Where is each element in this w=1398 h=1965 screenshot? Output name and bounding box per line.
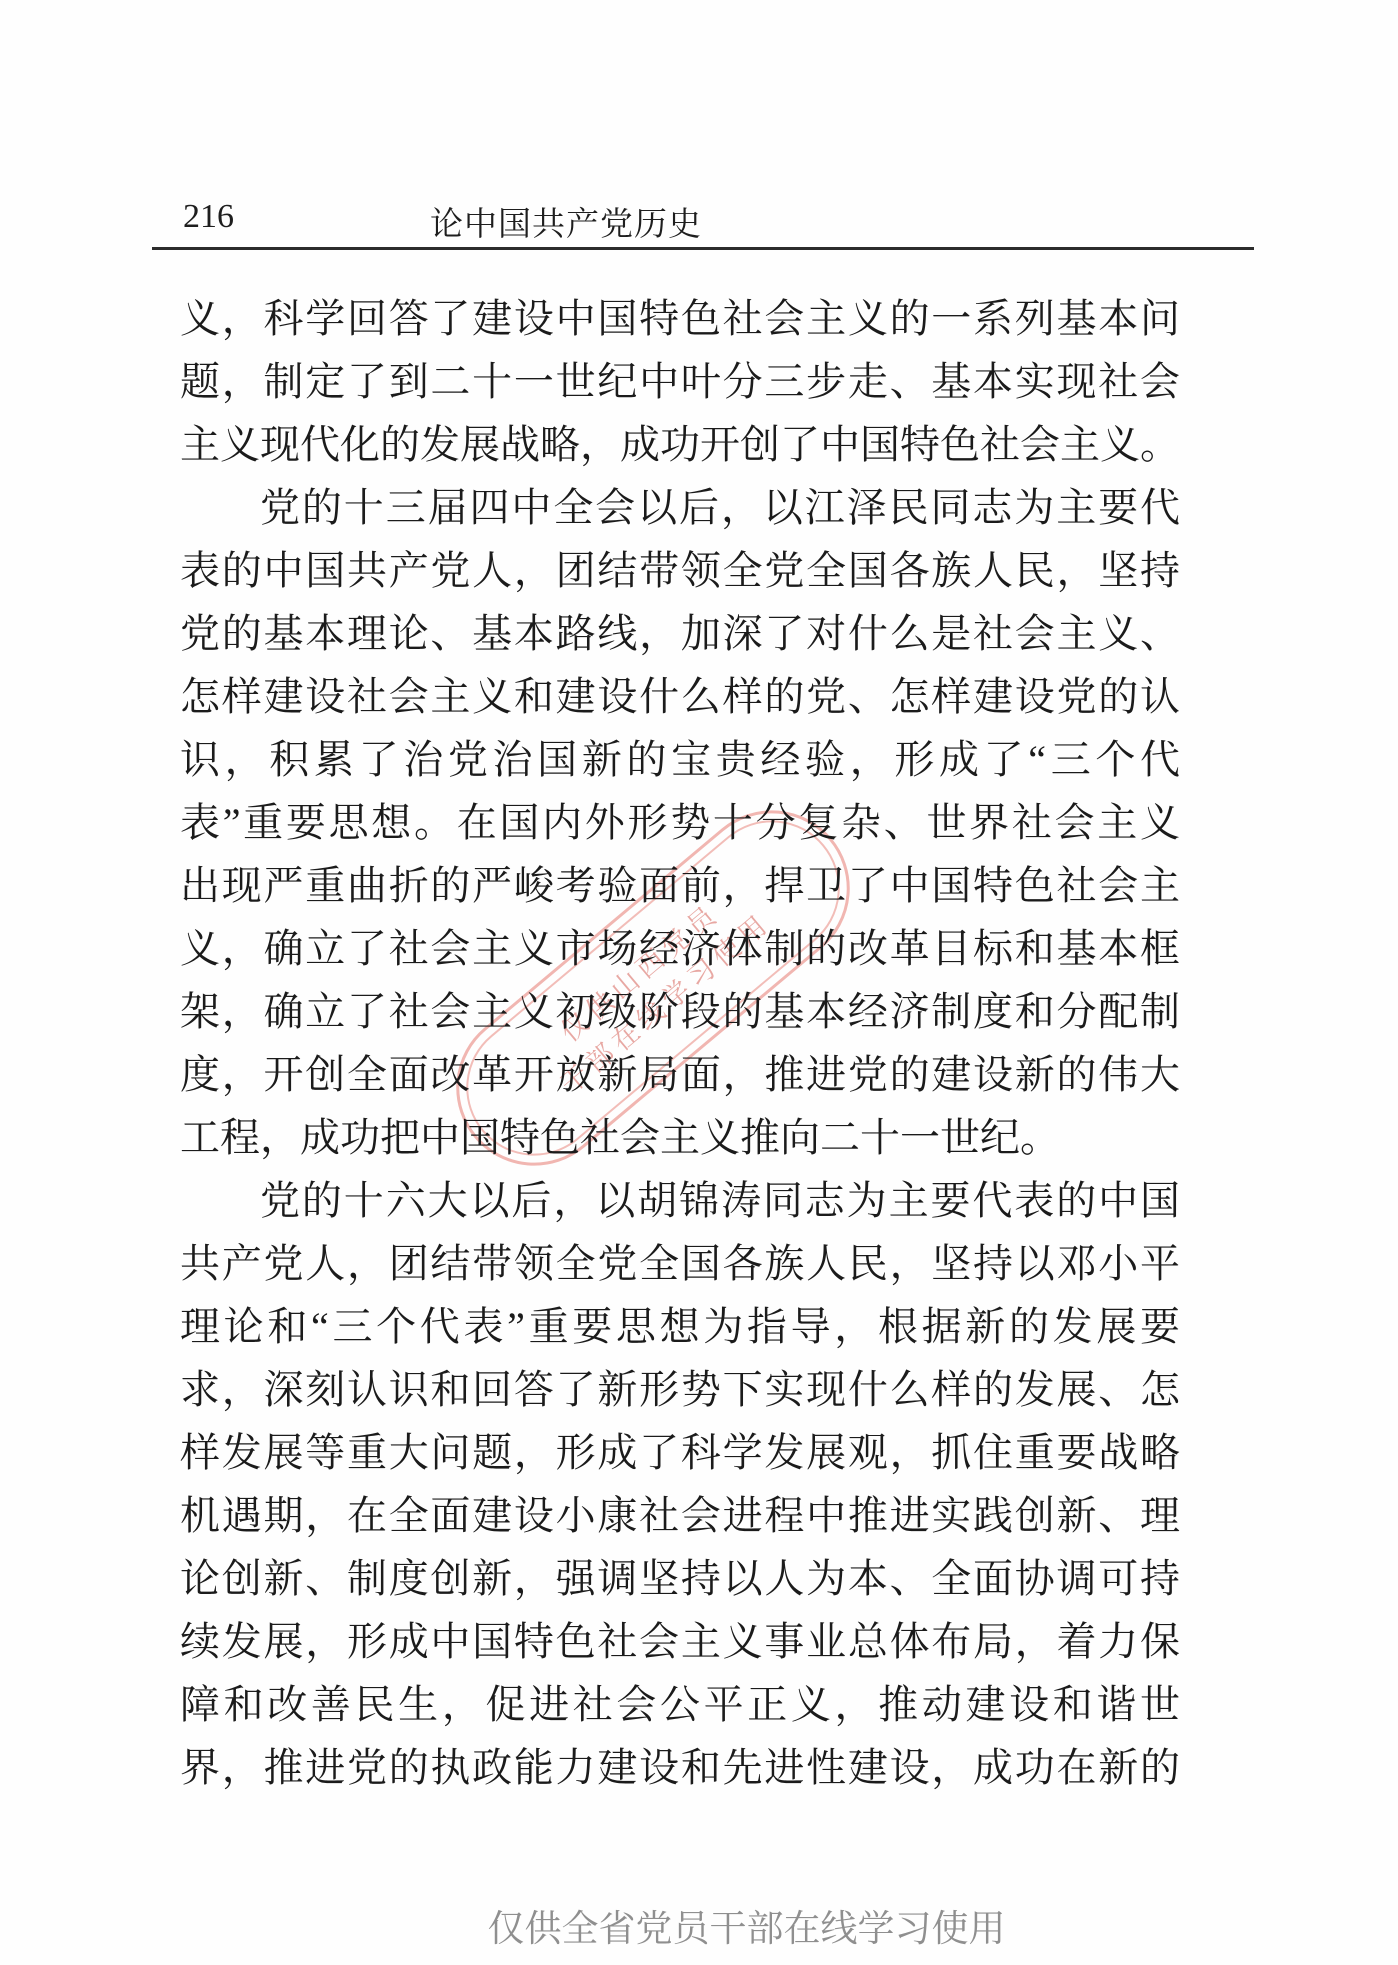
header-rule <box>152 247 1254 250</box>
text-line: 续发展，形成中国特色社会主义事业总体布局，着力保 <box>180 1610 1180 1673</box>
footer-notice: 仅供全省党员干部在线学习使用 <box>95 1898 1398 1952</box>
text-line: 主义现代化的发展战略，成功开创了中国特色社会主义。 <box>180 413 1180 476</box>
text-line: 共产党人，团结带领全党全国各族人民，坚持以邓小平 <box>180 1232 1180 1295</box>
text-line: 表”重要思想。在国内外形势十分复杂、世界社会主义 <box>180 791 1180 854</box>
text-line: 架，确立了社会主义初级阶段的基本经济制度和分配制 <box>180 980 1180 1043</box>
text-line: 界，推进党的执政能力建设和先进性建设，成功在新的 <box>180 1736 1180 1799</box>
book-page: 216 论中国共产党历史 仅供山西党员 干部在线学习使用 义，科学回答了建设中国… <box>0 0 1398 1965</box>
text-line: 义，确立了社会主义市场经济体制的改革目标和基本框 <box>180 917 1180 980</box>
text-line: 论创新、制度创新，强调坚持以人为本、全面协调可持 <box>180 1547 1180 1610</box>
page-number: 216 <box>183 198 234 236</box>
text-line: 识，积累了治党治国新的宝贵经验，形成了“三个代 <box>180 728 1180 791</box>
running-header-title: 论中国共产党历史 <box>430 198 702 245</box>
text-line: 题，制定了到二十一世纪中叶分三步走、基本实现社会 <box>180 350 1180 413</box>
text-line: 度，开创全面改革开放新局面，推进党的建设新的伟大 <box>180 1043 1180 1106</box>
text-line: 障和改善民生，促进社会公平正义，推动建设和谐世 <box>180 1673 1180 1736</box>
text-line: 党的十六大以后，以胡锦涛同志为主要代表的中国 <box>180 1169 1180 1232</box>
text-line: 出现严重曲折的严峻考验面前，捍卫了中国特色社会主 <box>180 854 1180 917</box>
body-text: 义，科学回答了建设中国特色社会主义的一系列基本问 题，制定了到二十一世纪中叶分三… <box>180 287 1180 1799</box>
text-line: 理论和“三个代表”重要思想为指导，根据新的发展要 <box>180 1295 1180 1358</box>
text-line: 怎样建设社会主义和建设什么样的党、怎样建设党的认 <box>180 665 1180 728</box>
text-line: 党的十三届四中全会以后，以江泽民同志为主要代 <box>180 476 1180 539</box>
text-line: 党的基本理论、基本路线，加深了对什么是社会主义、 <box>180 602 1180 665</box>
text-line: 求，深刻认识和回答了新形势下实现什么样的发展、怎 <box>180 1358 1180 1421</box>
text-line: 义，科学回答了建设中国特色社会主义的一系列基本问 <box>180 287 1180 350</box>
text-line: 工程，成功把中国特色社会主义推向二十一世纪。 <box>180 1106 1180 1169</box>
text-line: 机遇期，在全面建设小康社会进程中推进实践创新、理 <box>180 1484 1180 1547</box>
text-line: 表的中国共产党人，团结带领全党全国各族人民，坚持 <box>180 539 1180 602</box>
text-line: 样发展等重大问题，形成了科学发展观，抓住重要战略 <box>180 1421 1180 1484</box>
